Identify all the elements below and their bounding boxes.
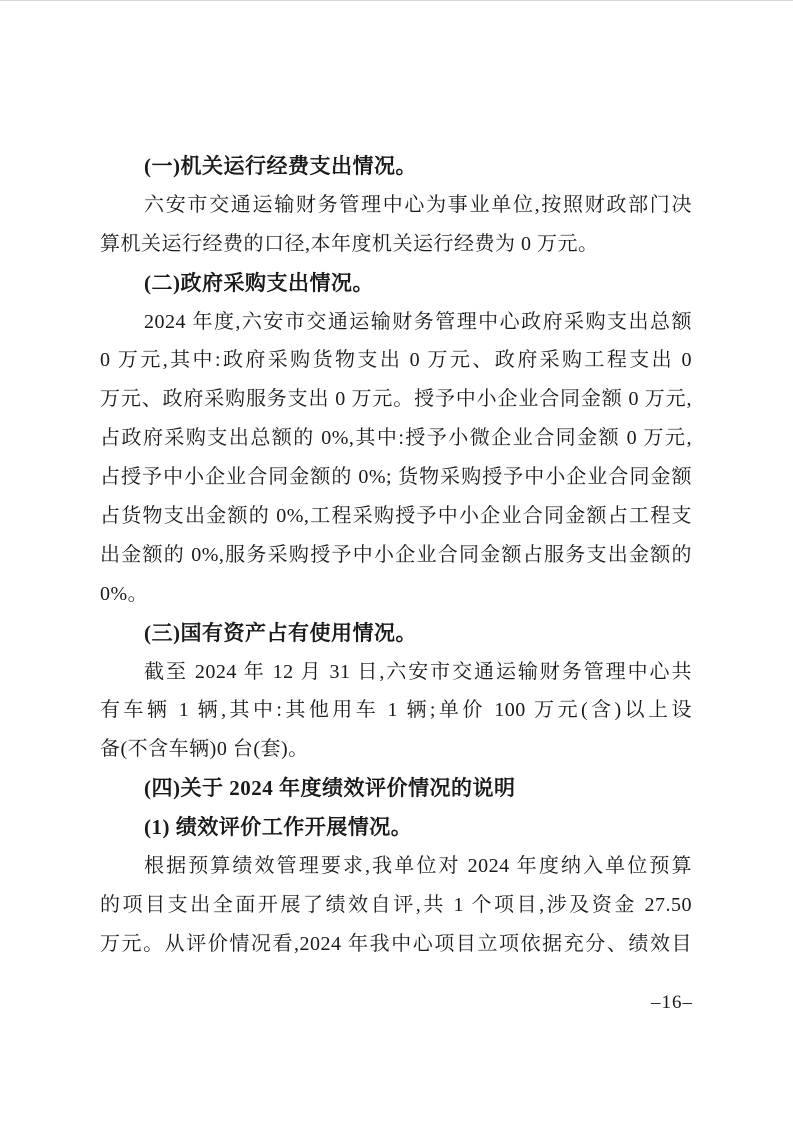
document-body: (一)机关运行经费支出情况。六安市交通运输财务管理中心为事业单位,按照财政部门决… [100, 147, 692, 964]
text-line: 占政府采购支出总额的 0%,其中:授予小微企业合同金额 0 万元, [100, 419, 692, 458]
section-heading: (1) 绩效评价工作开展情况。 [100, 808, 692, 847]
text-line: 有车辆 1 辆,其中:其他用车 1 辆;单价 100 万元(含)以上设 [100, 691, 692, 730]
text-line: 万元。从评价情况看,2024 年我中心项目立项依据充分、绩效目 [100, 925, 692, 964]
text-line: 截至 2024 年 12 月 31 日,六安市交通运输财务管理中心共 [100, 653, 692, 692]
text-line: 0 万元,其中:政府采购货物支出 0 万元、政府采购工程支出 0 [100, 341, 692, 380]
section-heading: (二)政府采购支出情况。 [100, 264, 692, 303]
text-line: 根据预算绩效管理要求,我单位对 2024 年度纳入单位预算 [100, 847, 692, 886]
text-line: 万元、政府采购服务支出 0 万元。授予中小企业合同金额 0 万元, [100, 380, 692, 419]
text-line: 备(不含车辆)0 台(套)。 [100, 730, 692, 769]
text-line: 六安市交通运输财务管理中心为事业单位,按照财政部门决 [100, 186, 692, 225]
section-heading: (三)国有资产占有使用情况。 [100, 614, 692, 653]
text-line: 占货物支出金额的 0%,工程采购授予中小企业合同金额占工程支 [100, 497, 692, 536]
section-heading: (四)关于 2024 年度绩效评价情况的说明 [100, 769, 692, 808]
text-line: 2024 年度,六安市交通运输财务管理中心政府采购支出总额 [100, 303, 692, 342]
document-page: (一)机关运行经费支出情况。六安市交通运输财务管理中心为事业单位,按照财政部门决… [0, 0, 793, 1122]
text-line: 的项目支出全面开展了绩效自评,共 1 个项目,涉及资金 27.50 [100, 886, 692, 925]
text-line: 算机关运行经费的口径,本年度机关运行经费为 0 万元。 [100, 225, 692, 264]
page-number: –16– [651, 992, 693, 1014]
text-line: 占授予中小企业合同金额的 0%; 货物采购授予中小企业合同金额 [100, 458, 692, 497]
section-heading: (一)机关运行经费支出情况。 [100, 147, 692, 186]
text-line: 0%。 [100, 575, 692, 614]
text-line: 出金额的 0%,服务采购授予中小企业合同金额占服务支出金额的 [100, 536, 692, 575]
